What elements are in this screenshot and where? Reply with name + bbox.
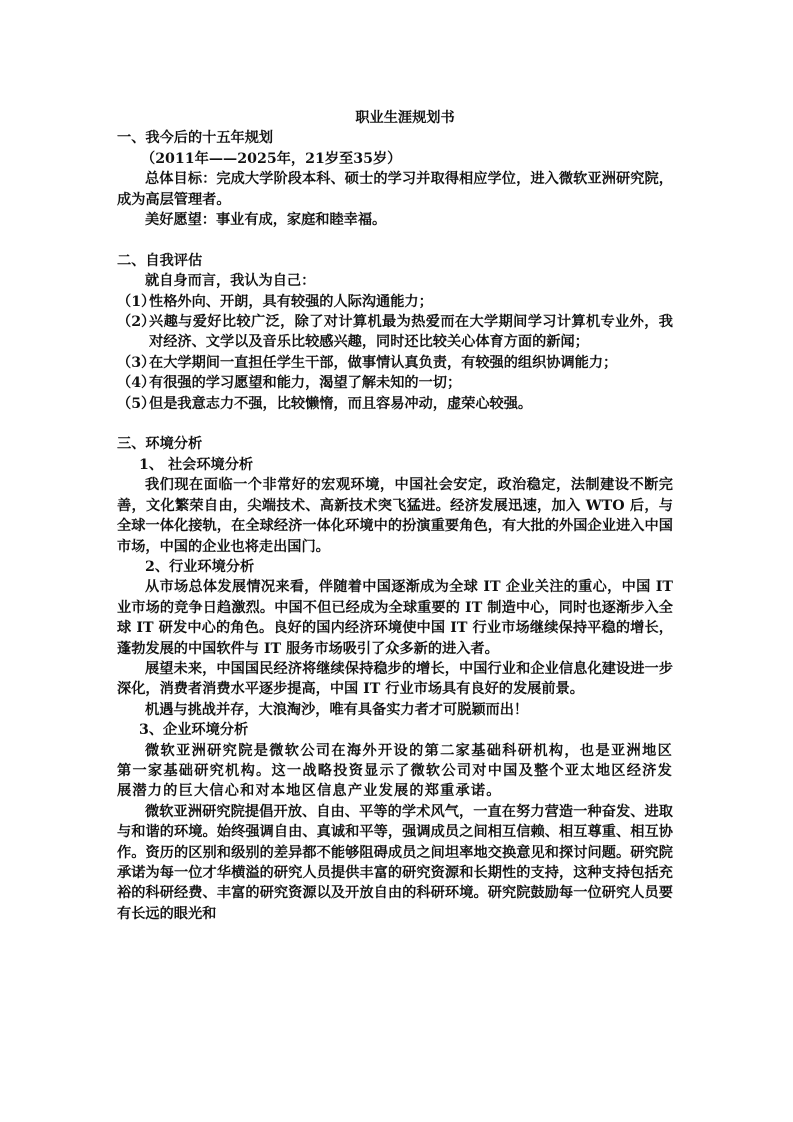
list-item-number: （3） xyxy=(117,353,149,373)
list-item-text: 在大学期间一直担任学生干部，做事情认真负责，有较强的组织协调能力； xyxy=(149,353,673,373)
list-item: （3） 在大学期间一直担任学生干部，做事情认真负责，有较强的组织协调能力； xyxy=(117,353,673,373)
industry-challenge-paragraph: 机遇与挑战并存，大浪淘沙，唯有具备实力者才可脱颖而出！ xyxy=(117,700,673,720)
list-item-text: 性格外向、开朗，具有较强的人际沟通能力； xyxy=(149,292,673,312)
list-item-number: （2） xyxy=(117,312,149,353)
spacer xyxy=(117,230,673,250)
enterprise-paragraph: 微软亚洲研究院是微软公司在海外开设的第二家基础科研机构，也是亚洲地区第一家基础研… xyxy=(117,741,673,802)
section-heading-environment: 三、环境分析 xyxy=(117,434,673,454)
subsection-heading-social: 1、 社会环境分析 xyxy=(117,455,673,475)
list-item-text: 有很强的学习愿望和能力，渴望了解未知的一切； xyxy=(149,373,673,393)
spacer xyxy=(117,414,673,434)
subsection-heading-industry: 2、行业环境分析 xyxy=(117,557,673,577)
section-heading-self-assessment: 二、自我评估 xyxy=(117,251,673,271)
enterprise-culture-paragraph: 微软亚洲研究院提倡开放、自由、平等的学术风气，一直在努力营造一种奋发、进取与和谐… xyxy=(117,802,673,924)
list-item: （4） 有很强的学习愿望和能力，渴望了解未知的一切； xyxy=(117,373,673,393)
list-item: （2） 兴趣与爱好比较广泛，除了对计算机最为热爱而在大学期间学习计算机专业外，我… xyxy=(117,312,673,353)
document-title: 职业生涯规划书 xyxy=(137,108,673,128)
list-item-number: （1） xyxy=(117,292,149,312)
list-item-number: （5） xyxy=(117,394,149,414)
self-assessment-intro: 就自身而言，我认为自己： xyxy=(117,271,673,291)
subsection-heading-enterprise: 3、企业环境分析 xyxy=(117,720,673,740)
industry-paragraph: 从市场总体发展情况来看，伴随着中国逐渐成为全球 IT 企业关注的重心，中国 IT… xyxy=(117,577,673,659)
good-wish: 美好愿望：事业有成，家庭和睦幸福。 xyxy=(117,210,673,230)
list-item-number: （4） xyxy=(117,373,149,393)
industry-outlook-paragraph: 展望未来，中国国民经济将继续保持稳步的增长，中国行业和企业信息化建设进一步深化，… xyxy=(117,659,673,700)
list-item: （1） 性格外向、开朗，具有较强的人际沟通能力； xyxy=(117,292,673,312)
document-page: 职业生涯规划书 一、我今后的十五年规划 （2011年——2025年，21岁至35… xyxy=(117,108,673,924)
list-item-text: 但是我意志力不强，比较懒惰，而且容易冲动，虚荣心较强。 xyxy=(149,394,673,414)
plan-period: （2011年——2025年，21岁至35岁） xyxy=(117,149,673,169)
section-heading-plan: 一、我今后的十五年规划 xyxy=(117,128,673,148)
overall-goal: 总体目标：完成大学阶段本科、硕士的学习并取得相应学位，进入微软亚洲研究院，成为高… xyxy=(117,169,673,210)
list-item-text: 兴趣与爱好比较广泛，除了对计算机最为热爱而在大学期间学习计算机专业外，我对经济、… xyxy=(149,312,673,353)
list-item: （5） 但是我意志力不强，比较懒惰，而且容易冲动，虚荣心较强。 xyxy=(117,394,673,414)
social-environment-paragraph: 我们现在面临一个非常好的宏观环境，中国社会安定，政治稳定，法制建设不断完善，文化… xyxy=(117,475,673,557)
